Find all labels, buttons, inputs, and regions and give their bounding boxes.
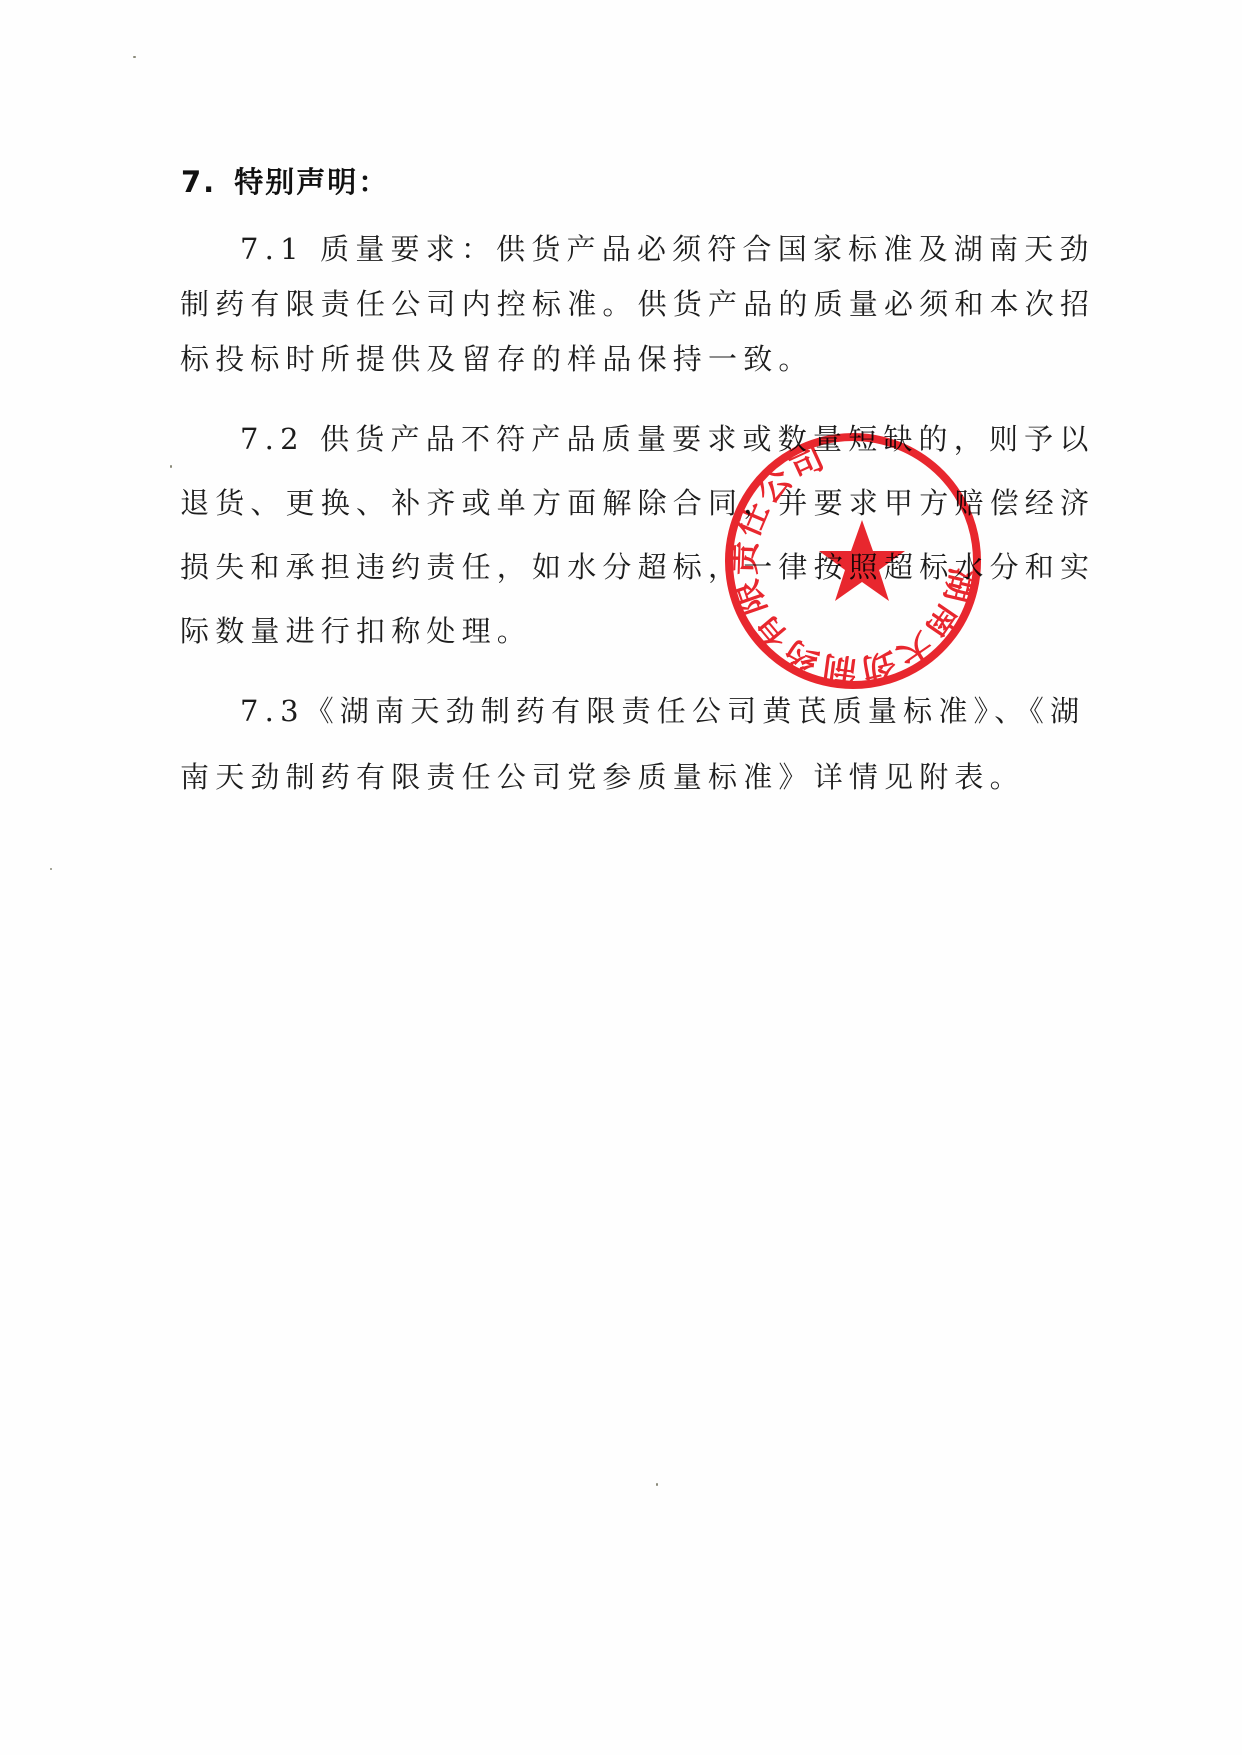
paragraph-7-2-line-3: 损失和承担违约责任，如水分超标，一律按照超标水分和实	[180, 553, 1095, 582]
paragraph-7-2-line-1: 7.2 供货产品不符产品质量要求或数量短缺的，则予以	[240, 425, 1095, 454]
scan-speck	[50, 868, 52, 870]
paragraph-7-1-line-2: 制药有限责任公司内控标准。供货产品的质量必须和本次招	[180, 290, 1095, 319]
paragraph-7-2-line-2: 退货、更换、补齐或单方面解除合同，并要求甲方赔偿经济	[180, 489, 1095, 518]
paragraph-7-3-line-1: 7.3《湖南天劲制药有限责任公司黄芪质量标准》、《湖	[240, 697, 1085, 726]
document-page: 7.特别声明： 7.1 质量要求：供货产品必须符合国家标准及湖南天劲 制药有限责…	[0, 0, 1242, 1755]
paragraph-7-1-line-1: 7.1 质量要求：供货产品必须符合国家标准及湖南天劲	[240, 235, 1095, 264]
scan-speck	[656, 1483, 658, 1486]
paragraph-7-3-line-2: 南天劲制药有限责任公司党参质量标准》详情见附表。	[180, 763, 1025, 792]
section-heading: 7.特别声明：	[181, 160, 389, 201]
paragraph-7-1-line-3: 标投标时所提供及留存的样品保持一致。	[180, 345, 814, 374]
section-number: 7.	[181, 165, 216, 199]
scan-speck	[170, 465, 172, 468]
paragraph-7-2-line-4: 际数量进行扣称处理。	[180, 617, 532, 646]
section-title: 特别声明：	[234, 165, 389, 199]
scan-speck	[133, 56, 136, 58]
